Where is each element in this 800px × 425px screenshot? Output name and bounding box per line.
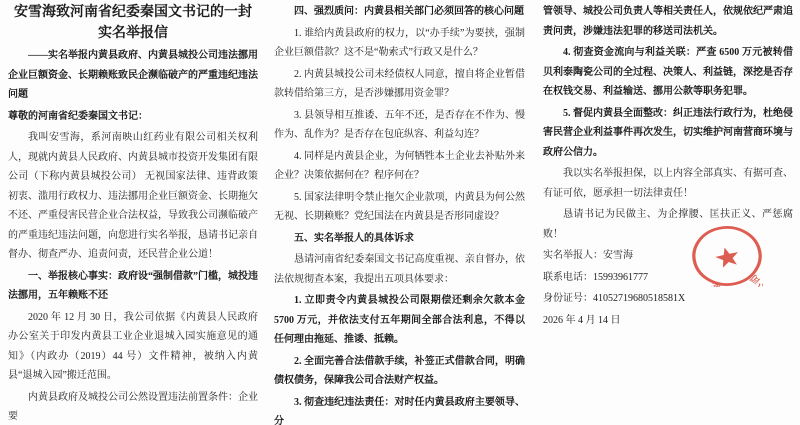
section-1-heading: 一、举报核心事实：政府设“强制借款”门槛，城投违法挪用，五年赖账不还 — [8, 267, 258, 306]
intro-paragraph: 我叫安雪海，系河南映山红药业有限公司相关权利人，现就内黄县人民政府、内黄县城市投… — [8, 128, 258, 265]
demand-item-3-continuation: 管领导、城投公司负责人等相关责任人，依规依纪严肃追责问责，涉嫌违法犯罪的移送司法… — [543, 2, 793, 41]
section-4-heading: 四、强烈质问：内黄县相关部门必须回答的核心问题 — [274, 2, 525, 22]
demand-item-4: 4. 彻查资金流向与利益关联：严查 6500 万元被转借贝利泰陶瓷公司的全过程、… — [543, 43, 793, 102]
demands-intro: 恳请河南省纪委秦国文书记高度重视、亲自督办，依法依规彻查本案，我提出五项具体要求… — [274, 250, 525, 289]
report-title: 安雪海致河南省纪委秦国文书记的一封实名举报信 — [8, 2, 258, 44]
date-line: 2026 年 4 月 14 日 — [543, 311, 793, 331]
section-5-heading: 五、实名举报人的具体诉求 — [274, 229, 525, 249]
policy-paragraph: 2020 年 12 月 30 日，我公司依据《内黄县人民政府办公室关于印发内黄县… — [8, 308, 258, 386]
demand-item-2: 2. 全面完善合法借款手续，补签正式借款合同，明确债权债务，保障我公司合法财产权… — [274, 352, 525, 391]
document-column-3: 管领导、城投公司负责人等相关责任人，依规依纪严肃追责问责，涉嫌违法犯罪的移送司法… — [543, 0, 793, 425]
condition-paragraph: 内黄县政府及城投公司公然设置违法前置条件：企业要 — [8, 388, 258, 425]
demand-item-3-start: 3. 彻查违纪违法责任：对时任内黄县政府主要领导、分 — [274, 393, 525, 425]
question-item-4: 4. 同样是内黄县企业，为何牺牲本土企业去补贴外来企业？决策依据何在？程序何在？ — [274, 147, 525, 186]
question-item-3: 3. 县领导相互推诿、五年不还，是否存在不作为、慢作为、乱作为？是否存在包庇纵容… — [274, 106, 525, 145]
question-item-5: 5. 国家法律明令禁止拖欠企业款项，内黄县为何公然无视、长期赖账？党纪国法在内黄… — [274, 188, 525, 227]
document-column-2: 四、强烈质问：内黄县相关部门必须回答的核心问题 1. 谁给内黄县政府的权力，以“… — [274, 0, 525, 425]
question-item-2: 2. 内黄县城投公司未经债权人同意，擅自将企业暂借款转借给第三方，是否涉嫌挪用资… — [274, 65, 525, 104]
salutation-line: 尊敬的河南省纪委秦国文书记： — [8, 107, 258, 127]
id-number-line: 身份证号：41052719680518581X — [543, 289, 793, 309]
demand-item-1: 1. 立即责令内黄县城投公司限期偿还剩余欠款本金 5700 万元，并依法支付五年… — [274, 291, 525, 350]
report-letter-document: 安雪海致河南省纪委秦国文书记的一封实名举报信 ——实名举报内黄县政府、内黄县城投… — [0, 0, 800, 425]
pledge-paragraph: 我以实名举报担保，以上内容全部真实、有据可查、有证可依，愿承担一切法律责任！ — [543, 164, 793, 203]
question-item-1: 1. 谁给内黄县政府的权力，以“办手续”为要挟，强制企业巨额借款？这不是“勒索式… — [274, 24, 525, 63]
appeal-paragraph: 恳请书记为民做主、为企撑腰、匡扶正义、严惩腐败！ — [543, 205, 793, 244]
reporter-name-line: 实名举报人：安雪海 — [543, 246, 793, 266]
report-subtitle: ——实名举报内黄县政府、内黄县城投公司违法挪用企业巨额资金、长期赖账致民企濒临破… — [8, 46, 258, 105]
phone-line: 联系电话：15993961777 — [543, 268, 793, 288]
demand-item-5: 5. 督促内黄县全面整改：纠正违法行政行为，杜绝侵害民营企业利益事件再次发生，切… — [543, 104, 793, 163]
document-column-1: 安雪海致河南省纪委秦国文书记的一封实名举报信 ——实名举报内黄县政府、内黄县城投… — [8, 0, 258, 425]
